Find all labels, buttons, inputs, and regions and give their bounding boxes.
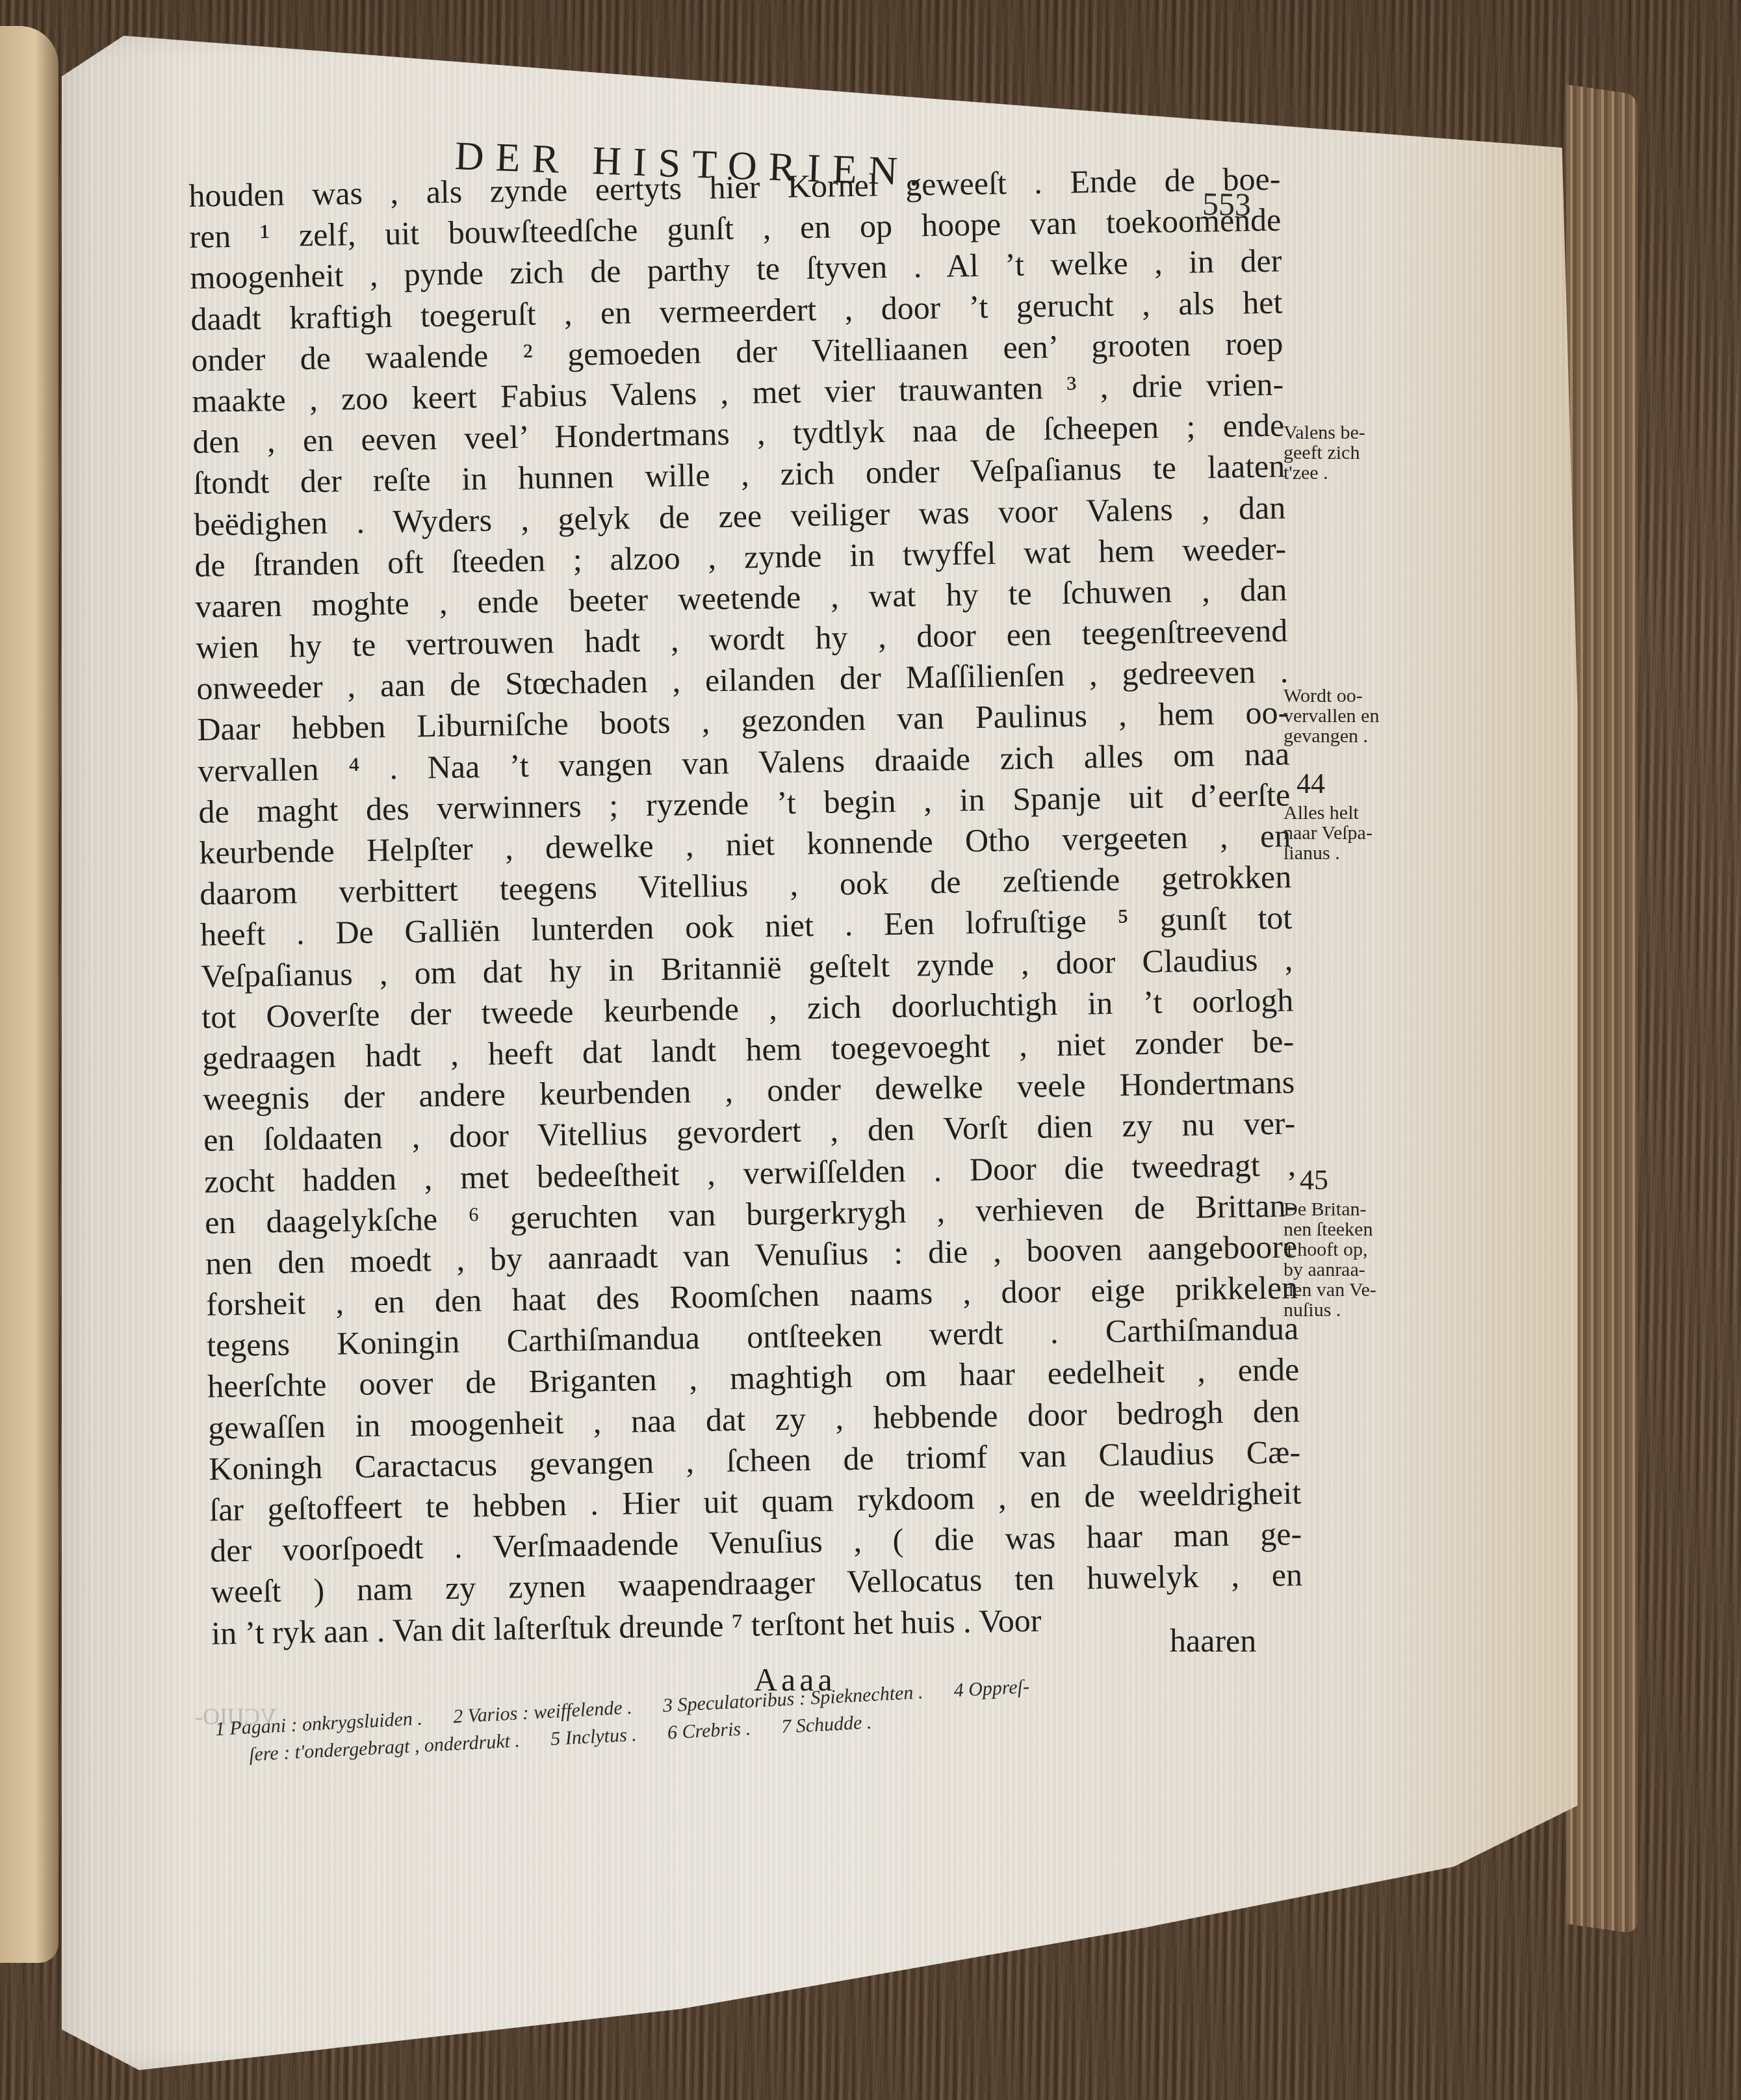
margin-note-line: nen ſteeken: [1283, 1219, 1376, 1239]
margin-note-line: t'zee .: [1283, 463, 1365, 483]
margin-note-line: geeft zich: [1283, 443, 1365, 463]
margin-note-line: nuſius .: [1283, 1300, 1376, 1320]
margin-note-valens: Valens be- geeft zich t'zee .: [1283, 422, 1365, 483]
footnote: 6 Crebris .: [667, 1718, 751, 1744]
margin-note-line: den van Ve-: [1283, 1280, 1376, 1300]
margin-note-line: vervallen en: [1283, 706, 1379, 726]
footnote: 7 Schudde .: [780, 1711, 872, 1737]
body-text: houden was , als zynde eertyts hier Korn…: [188, 159, 1304, 1654]
margin-note-line: ſianus .: [1283, 843, 1373, 863]
margin-note-line: Valens be-: [1283, 422, 1365, 443]
margin-note-captured: Wordt oo- vervallen en gevangen .: [1283, 686, 1379, 746]
catchword: haaren: [1170, 1622, 1256, 1659]
section-number: 44: [1296, 767, 1325, 800]
footnote: 5 Inclytus .: [550, 1724, 637, 1750]
margin-note-line: Wordt oo-: [1283, 686, 1379, 706]
margin-note-line: 't hooft op,: [1283, 1239, 1376, 1260]
margin-note-line: De Britan-: [1283, 1199, 1376, 1219]
margin-note-vespasianus: Alles helt naar Veſpa- ſianus .: [1283, 803, 1373, 863]
margin-note-line: Alles helt: [1283, 803, 1373, 823]
footnote: 4 Oppreſ-: [953, 1676, 1030, 1701]
margin-note-line: gevangen .: [1283, 726, 1379, 746]
margin-note-line: naar Veſpa-: [1283, 823, 1373, 843]
facing-page-edge: [0, 26, 58, 1963]
section-number: 45: [1300, 1163, 1328, 1197]
margin-note-britannen: De Britan- nen ſteeken 't hooft op, by a…: [1283, 1199, 1376, 1320]
margin-note-line: by aanraa-: [1283, 1260, 1376, 1280]
